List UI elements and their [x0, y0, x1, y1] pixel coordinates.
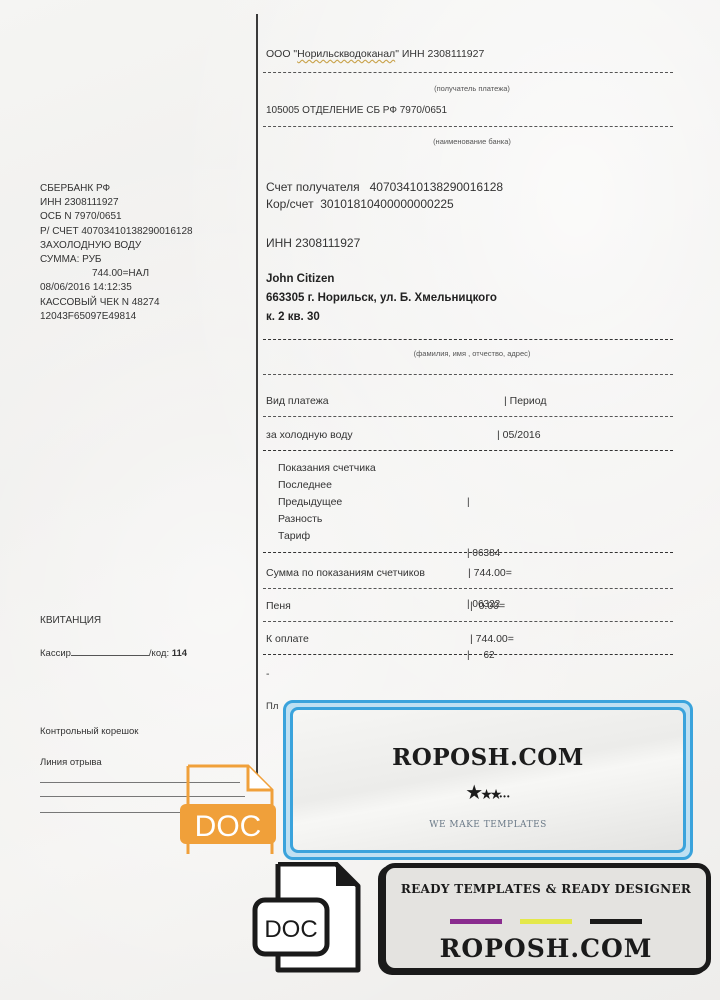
corr-account-number: 30101810400000000225 [320, 197, 453, 211]
stub-sum-label: СУММА: РУБ [40, 253, 193, 267]
divider [263, 621, 673, 622]
meter-label-last: Последнее [278, 477, 376, 494]
period-header: | Период [504, 395, 546, 407]
stub-amount: 744.00=НАЛ [40, 267, 193, 281]
payer-inn: ИНН 2308111927 [266, 236, 678, 250]
stars-icon: ★★★••• [293, 780, 683, 805]
cashier-code-label: /код: [149, 648, 169, 659]
meter-values: | | 06384 | 06322 | 62 | 12.00= [467, 460, 503, 732]
divider [263, 72, 673, 73]
watermark-title: ROPOSH.COM [293, 744, 683, 771]
recipient-caption: (получатель платежа) [266, 84, 678, 93]
bar-black [590, 919, 642, 924]
meter-label-difference: Разность [278, 511, 376, 528]
period-value: | 05/2016 [497, 429, 541, 441]
meter-sum-label: Сумма по показаниям счетчиков [266, 567, 425, 579]
meter-value-difference: 62 [484, 650, 495, 661]
payer-name: John Citizen [266, 273, 678, 285]
payer-address-line-1: 663305 г. Норильск, ул. Б. Хмельницкого [266, 292, 678, 304]
divider [263, 588, 673, 589]
payer-address-line-2: к. 2 кв. 30 [266, 311, 678, 323]
bank-caption: (наименование банка) [266, 137, 678, 146]
penalty-label: Пеня [266, 600, 291, 612]
correspondent-account: Кор/счет 30101810400000000225 [266, 197, 678, 211]
divider [263, 126, 673, 127]
watermark-badge: ROPOSH.COM ★★★••• WE MAKE TEMPLATES [283, 700, 693, 860]
doc-orange-label: DOC [195, 810, 262, 843]
banner-title: ROPOSH.COM [386, 934, 706, 963]
recipient: ООО "Норильскводоканал" ИНН 2308111927 [266, 48, 678, 60]
divider [263, 654, 673, 655]
stub-receipt-number: КАССОВЫЙ ЧЕК N 48274 [40, 296, 193, 310]
meter-labels: Показания счетчика Последнее Предыдущее … [278, 460, 376, 545]
period: 05/2016 [503, 429, 541, 441]
stub-purpose: ЗАХОЛОДНУЮ ВОДУ [40, 239, 193, 253]
payment-type: за холодную воду [266, 429, 353, 441]
doc-black-label: DOC [264, 916, 317, 943]
total-value: 744.00= [476, 633, 514, 645]
divider [263, 552, 673, 553]
cashier-label: Кассир [40, 648, 71, 659]
bar-yellow [520, 919, 572, 924]
stub-datetime: 08/06/2016 14:12:35 [40, 281, 193, 295]
doc-file-icon-orange: DOC [180, 764, 276, 854]
meter-value-last: 06384 [472, 548, 500, 559]
control-stub-label: Контрольный корешок [40, 726, 138, 737]
cashier-line: Кассир/код: 114 [40, 648, 187, 659]
divider [263, 339, 673, 340]
stub-osb: ОСБ N 7970/0651 [40, 210, 193, 224]
payer-signature-label: Пл [266, 701, 278, 712]
cashier-code: 114 [172, 648, 187, 659]
tear-line-label: Линия отрыва [40, 757, 102, 768]
recipient-account: Счет получателя 40703410138290016128 [266, 180, 678, 194]
meter-sum: | 744.00= [468, 567, 512, 579]
total-label: К оплате [266, 633, 309, 645]
stub-code: 12043F65097E49814 [40, 310, 193, 324]
banner-tagline: READY TEMPLATES & READY DESIGNER [386, 882, 706, 896]
dash-mark: - [266, 668, 270, 680]
divider [263, 374, 673, 375]
period-header-label: Период [510, 395, 547, 407]
payer-caption: (фамилия, имя , отчество, адрес) [266, 349, 678, 358]
meter-sum-value: 744.00= [474, 567, 512, 579]
payment-type-header-label: Вид платежа [266, 395, 329, 407]
recipient-name: Норильскводоканал [297, 48, 395, 60]
payment-type-header: Вид платежа [266, 395, 329, 407]
account-label: Счет получателя [266, 180, 360, 194]
cashier-signature-line [71, 655, 149, 656]
recipient-prefix: ООО " [266, 48, 297, 60]
divider [263, 416, 673, 417]
penalty-value: 0.00= [479, 600, 506, 612]
recipient-inn: " ИНН 2308111927 [395, 48, 484, 60]
penalty: | 0.00= [470, 600, 505, 612]
stub-account: Р/ СЧЕТ 40703410138290016128 [40, 225, 193, 239]
cash-receipt-stub: СБЕРБАНК РФ ИНН 2308111927 ОСБ N 7970/06… [40, 182, 193, 324]
stub-inn: ИНН 2308111927 [40, 196, 193, 210]
doc-file-icon-black: DOC [252, 862, 364, 974]
account-number: 40703410138290016128 [370, 180, 503, 194]
bar-purple [450, 919, 502, 924]
bank-name: 105005 ОТДЕЛЕНИЕ СБ РФ 7970/0651 [266, 105, 678, 116]
divider [263, 450, 673, 451]
meter-label-previous: Предыдущее [278, 494, 376, 511]
meter-label-readings: Показания счетчика [278, 460, 376, 477]
corr-account-label: Кор/счет [266, 197, 314, 211]
banner-color-bars [386, 919, 706, 924]
total: | 744.00= [470, 633, 514, 645]
meter-label-tariff: Тариф [278, 528, 376, 545]
receipt-title: КВИТАНЦИЯ [40, 615, 101, 626]
tear-divider [256, 14, 258, 774]
stub-bank: СБЕРБАНК РФ [40, 182, 193, 196]
promo-banner: READY TEMPLATES & READY DESIGNER ROPOSH.… [381, 863, 711, 973]
watermark-tagline: WE MAKE TEMPLATES [293, 820, 683, 830]
